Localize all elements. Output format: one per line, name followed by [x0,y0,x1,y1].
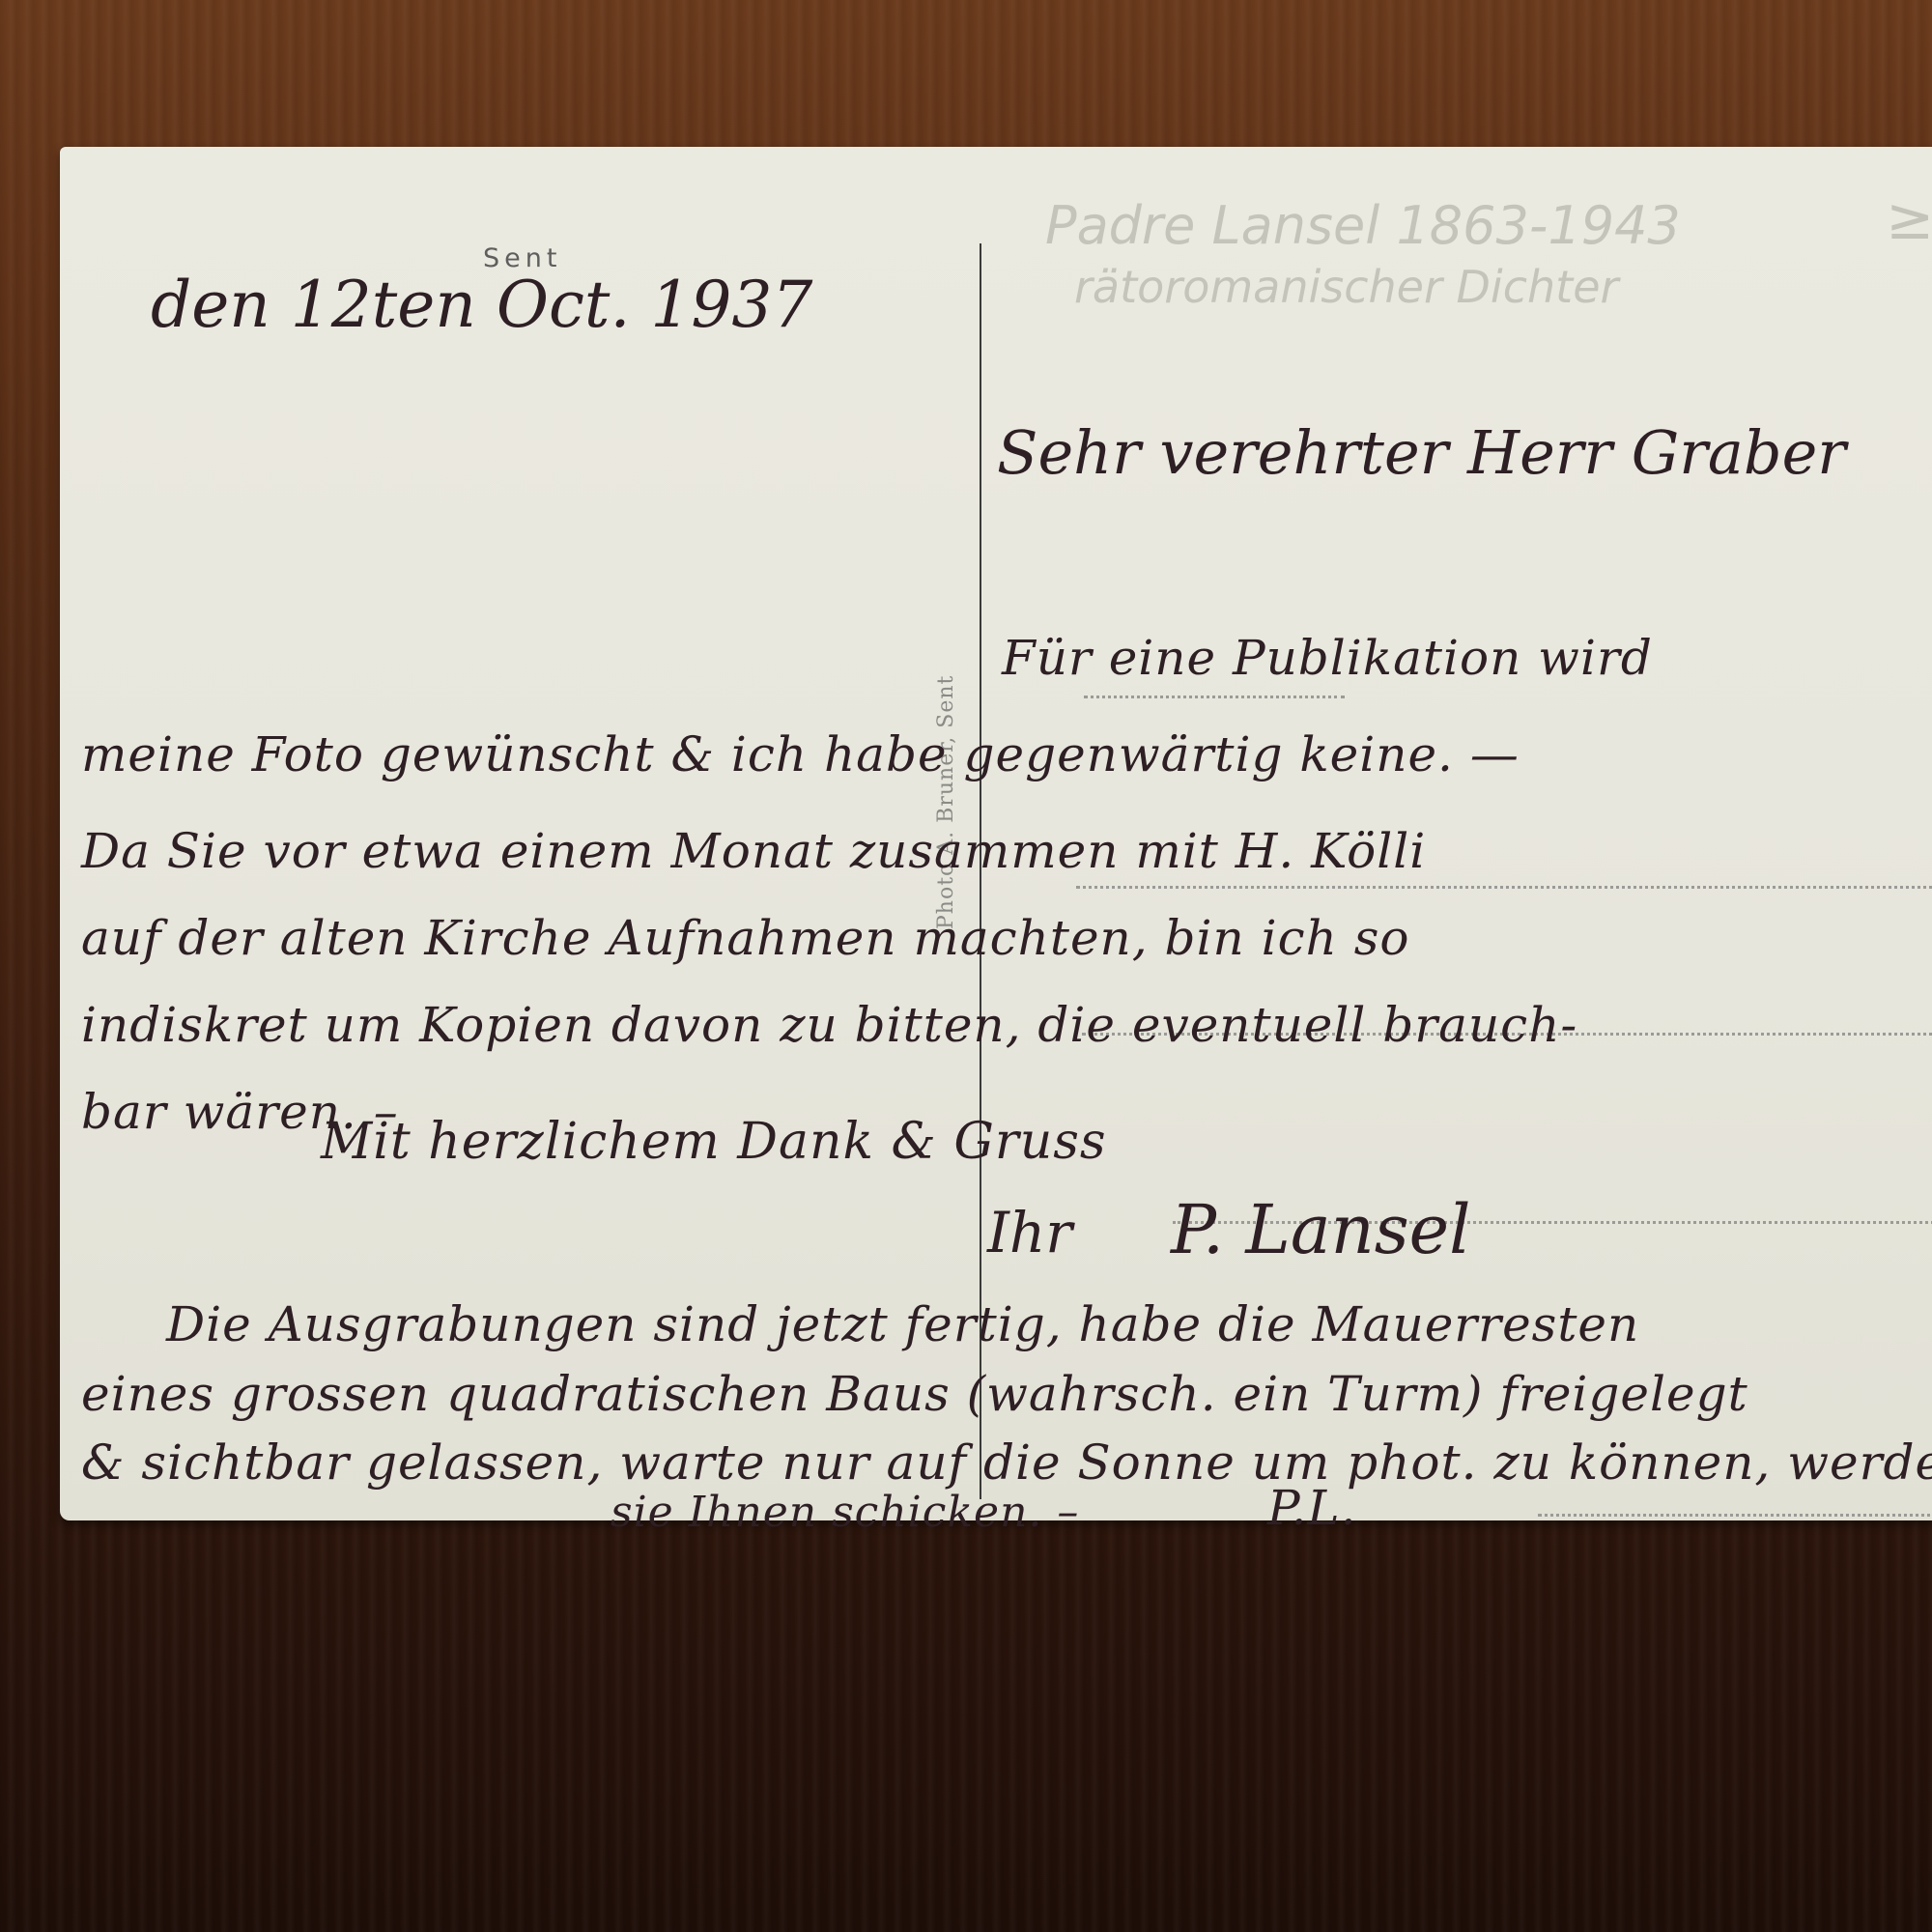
signature-prefix: Ihr [987,1200,1072,1265]
printed-photo-credit: Photo A. Bruner, Sent [934,675,958,929]
body-line-3: Da Sie vor etwa einem Monat zusammen mit… [81,823,1426,879]
postscript-initials: P.L. [1267,1480,1357,1536]
postscript-line-1: Die Ausgrabungen sind jetzt fertig, habe… [166,1296,1639,1352]
handwritten-closing: Mit herzlichem Dank & Gruss [321,1113,1107,1171]
handwritten-date: den 12ten Oct. 1937 [151,268,812,342]
pencil-annotation-line-1: Padre Lansel 1863-1943 [1045,195,1681,256]
pencil-margin-mark: ≥ [1886,185,1932,253]
body-line-2: meine Foto gewünscht & ich habe gegenwär… [81,726,1520,782]
postscript-line-4: sie Ihnen schicken. – [611,1488,1079,1537]
postcard: Sent Photo A. Bruner, Sent Padre Lansel … [60,147,1932,1520]
address-line-1 [1084,696,1345,698]
handwritten-salutation: Sehr verehrter Herr Graber [997,417,1846,488]
postscript-line-2: eines grossen quadratischen Baus (wahrsc… [81,1366,1748,1422]
postscript-line-3: & sichtbar gelassen, warte nur auf die S… [81,1435,1932,1491]
body-line-1: Für eine Publikation wird [1002,630,1653,686]
body-line-5: indiskret um Kopien davon zu bitten, die… [81,997,1577,1053]
pencil-annotation-line-2: rätoromanischer Dichter [1074,261,1618,313]
address-line-2 [1076,886,1932,889]
body-line-4: auf der alten Kirche Aufnahmen machten, … [81,910,1410,966]
address-line-5 [1538,1514,1932,1517]
signature: P. Lansel [1171,1190,1470,1269]
